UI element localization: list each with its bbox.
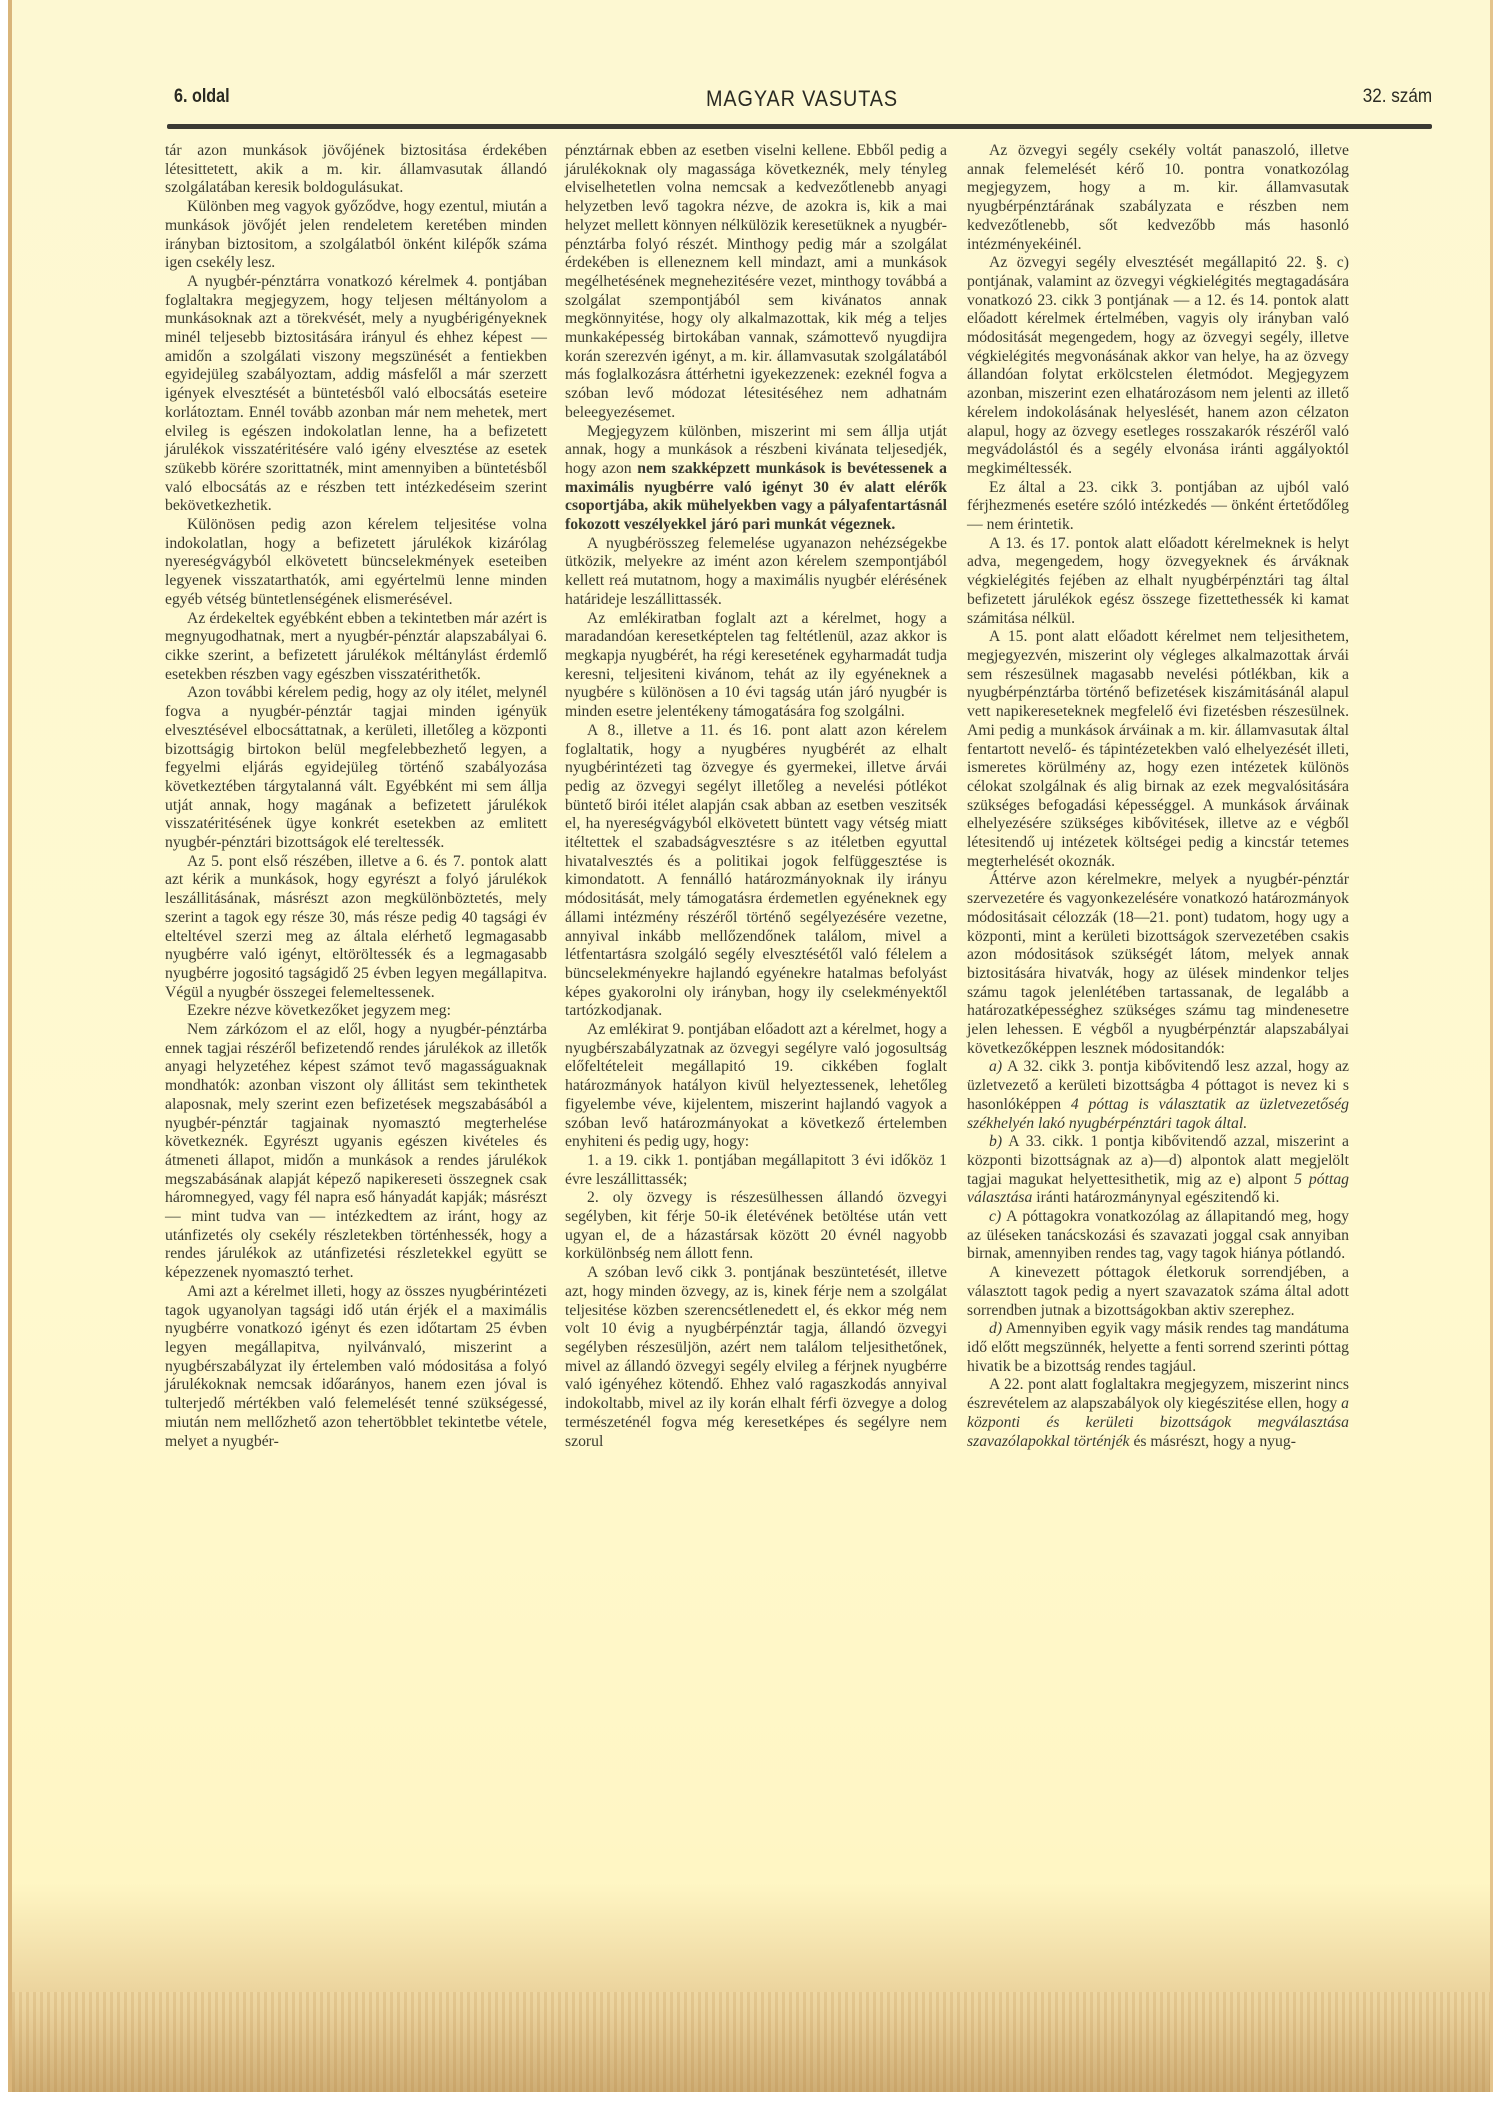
paragraph: Az emlékiratban foglalt azt a kérelmet, … [565,610,947,722]
paragraph: A 22. pont alatt foglaltakra megjegyzem,… [967,1376,1349,1451]
paragraph: Ezekre nézve következőket jegyzem meg: [165,1002,547,1021]
paragraph: Az 5. pont első részében, illetve a 6. é… [165,853,547,1003]
paragraph: A kinevezett póttagok életkoruk sorrendj… [967,1264,1349,1320]
paragraph: Ez által a 23. cikk 3. pontjában az ujbó… [967,479,1349,535]
page-edge-discoloration [12,1992,1490,2092]
page-header: 6. oldal MAGYAR VASUTAS 32. szám [162,86,1442,126]
paragraph: A 13. és 17. pontok alatt előadott kérel… [967,535,1349,629]
paragraph: A 15. pont alatt előadott kérelmet nem t… [967,628,1349,871]
paragraph: Nem zárkózom el az elől, hogy a nyugbér-… [165,1021,547,1283]
paragraph: A szóban levő cikk 3. pontjának beszünte… [565,1264,947,1451]
list-item: c) A póttagokra vonatkozólag az állapita… [967,1208,1349,1264]
paragraph: A nyugbér-pénztárra vonatkozó kérelmek 4… [165,273,547,516]
paragraph: tár azon munkások jövőjének biztositása … [165,142,547,198]
paragraph-text: A 33. cikk. 1 pontja kibővitendő azzal, … [967,1133,1349,1187]
list-item: d) Amennyiben egyik vagy másik rendes ta… [967,1320,1349,1376]
paragraph: Azon további kérelem pedig, hogy az oly … [165,684,547,852]
paragraph-text: és másrészt, hogy a nyug- [1133,1433,1296,1450]
header-rule [167,124,1432,129]
paragraph: Különösen pedig azon kérelem teljesitése… [165,516,547,610]
list-item: a) A 32. cikk 3. pontja kibővitendő lesz… [967,1058,1349,1133]
item-label: c) [989,1208,1001,1225]
list-item: b) A 33. cikk. 1 pontja kibővitendő azza… [967,1133,1349,1208]
item-label: a) [989,1058,1002,1075]
paragraph: Az özvegyi segély elvesztését megállapit… [967,254,1349,478]
publication-title: MAGYAR VASUTAS [226,86,1378,112]
column-1: tár azon munkások jövőjének biztositása … [165,142,547,1451]
paragraph: Az özvegyi segély csekély voltát panaszo… [967,142,1349,254]
paragraph: Az érdekeltek egyébként ebben a tekintet… [165,610,547,685]
column-2: pénztárnak ebben az esetben viselni kell… [565,142,947,1451]
list-item: 1. a 19. cikk 1. pontjában megállapitott… [565,1152,947,1189]
paragraph-text: A póttagokra vonatkozólag az állapitandó… [967,1208,1349,1262]
newspaper-page: 6. oldal MAGYAR VASUTAS 32. szám tár azo… [8,0,1493,2092]
paragraph: Ami azt a kérelmet illeti, hogy az össze… [165,1283,547,1451]
paragraph-text: Amennyiben egyik vagy másik rendes tag m… [967,1320,1349,1374]
paragraph: pénztárnak ebben az esetben viselni kell… [565,142,947,423]
page-number: 6. oldal [174,86,230,108]
paragraph: Áttérve azon kérelmekre, melyek a nyugbé… [967,871,1349,1058]
column-3: Az özvegyi segély csekély voltát panaszo… [967,142,1349,1451]
paragraph-text: A 22. pont alatt foglaltakra megjegyzem,… [967,1376,1349,1412]
paragraph: Megjegyzem különben, miszerint mi sem ál… [565,423,947,535]
list-item: 2. oly özvegy is részesülhessen állandó … [565,1189,947,1264]
item-label: d) [989,1320,1002,1337]
paragraph: A nyugbérösszeg felemelése ugyanazon neh… [565,535,947,610]
paragraph: Különben meg vagyok győződve, hogy ezent… [165,198,547,273]
item-label: b) [989,1133,1002,1150]
paragraph: A 8., illetve a 11. és 16. pont alatt az… [565,722,947,1021]
paragraph-text: iránti határozmánynyal egészitendő ki. [1036,1189,1279,1206]
paragraph: Az emlékirat 9. pontjában előadott azt a… [565,1021,947,1152]
issue-number: 32. szám [1363,86,1432,108]
